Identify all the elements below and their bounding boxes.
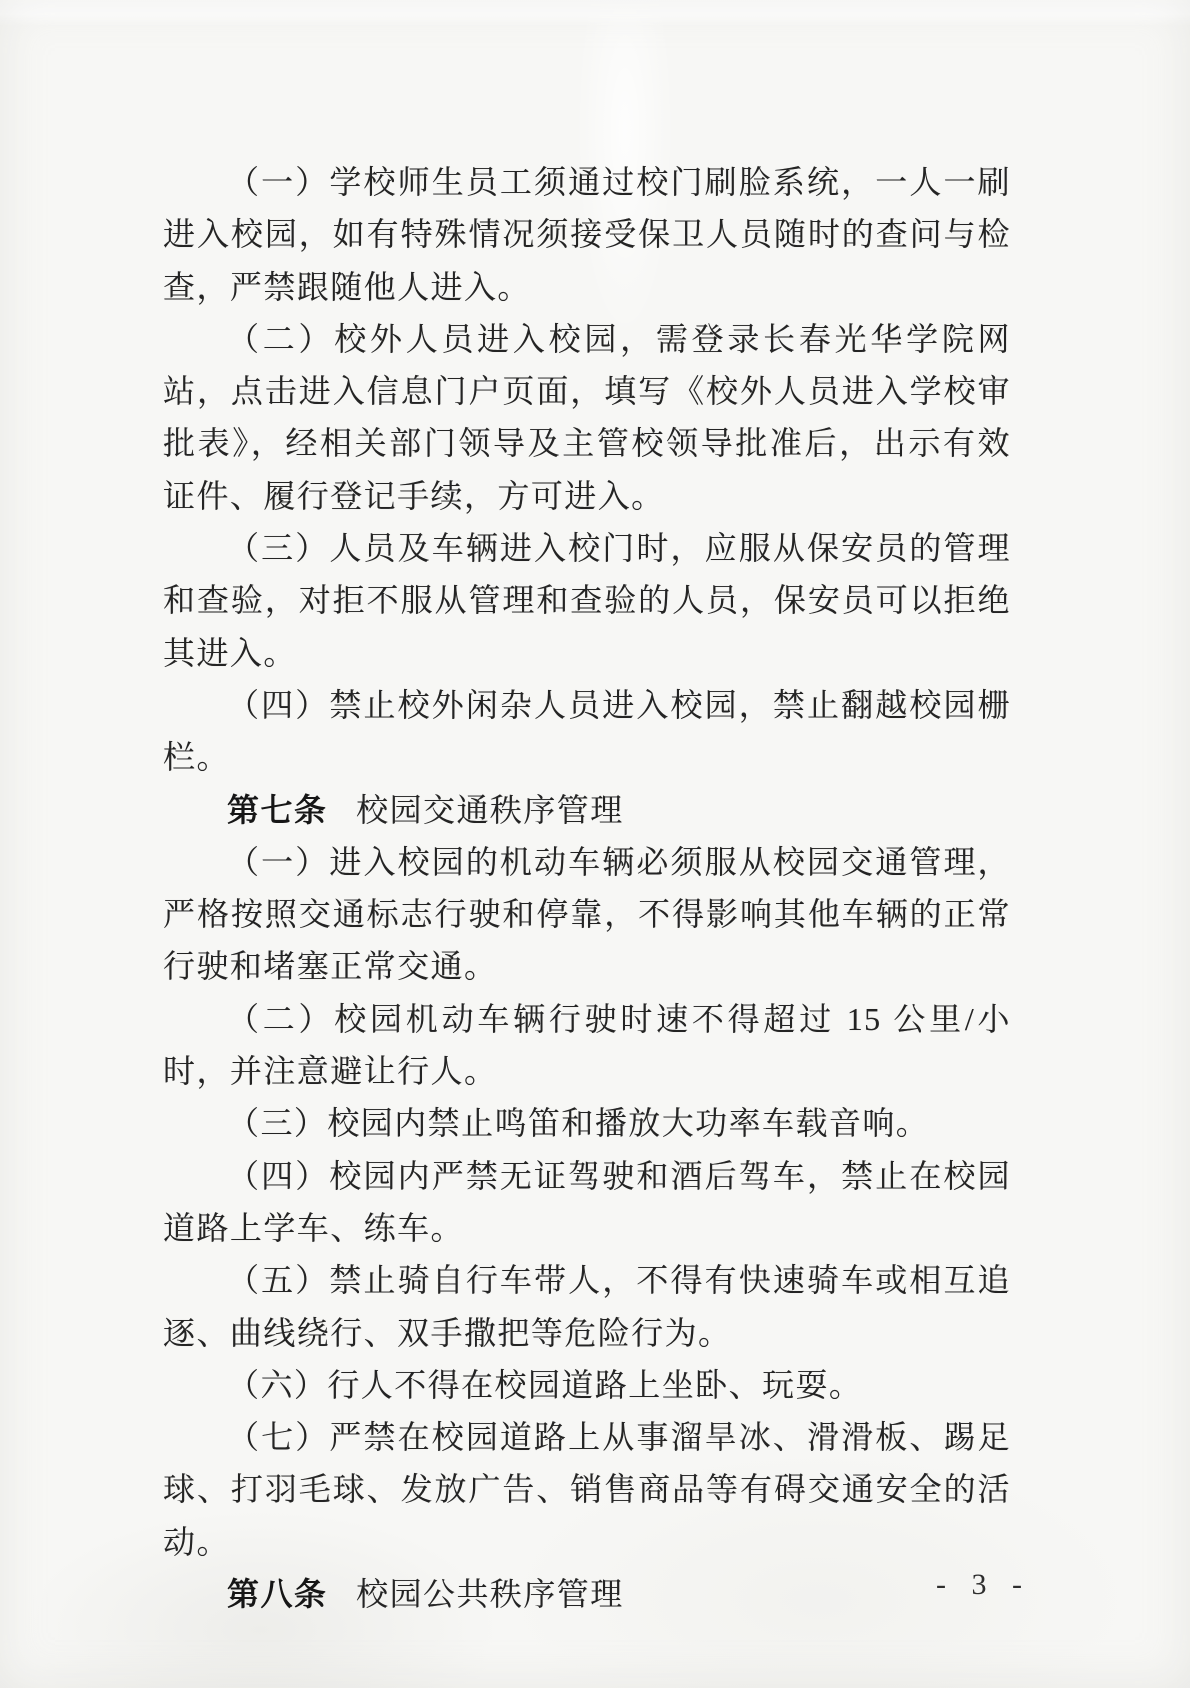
article-8-title: 校园公共秩序管理 bbox=[356, 1576, 624, 1612]
paragraph-traffic-2: （二）校园机动车辆行驶时速不得超过 15 公里/小时，并注意避让行人。 bbox=[163, 993, 1011, 1098]
paragraph-traffic-5: （五）禁止骑自行车带人，不得有快速骑车或相互追逐、曲线绕行、双手撒把等危险行为。 bbox=[163, 1254, 1011, 1359]
heading-article-7: 第七条校园交通秩序管理 bbox=[163, 784, 1011, 836]
paragraph-traffic-1: （一）进入校园的机动车辆必须服从校园交通管理，严格按照交通标志行驶和停靠，不得影… bbox=[163, 836, 1011, 993]
article-7-number: 第七条 bbox=[227, 792, 327, 828]
article-8-number: 第八条 bbox=[227, 1576, 327, 1612]
paragraph-gate-entry-3: （三）人员及车辆进入校门时，应服从保安员的管理和查验，对拒不服从管理和查验的人员… bbox=[163, 522, 1011, 679]
paragraph-traffic-6: （六）行人不得在校园道路上坐卧、玩耍。 bbox=[163, 1359, 1011, 1411]
document-page: （一）学校师生员工须通过校门刷脸系统，一人一刷进入校园，如有特殊情况须接受保卫人… bbox=[0, 0, 1190, 1688]
paragraph-traffic-7: （七）严禁在校园道路上从事溜旱冰、滑滑板、踢足球、打羽毛球、发放广告、销售商品等… bbox=[163, 1411, 1011, 1568]
paragraph-traffic-3: （三）校园内禁止鸣笛和播放大功率车载音响。 bbox=[163, 1097, 1011, 1149]
paragraph-gate-entry-4: （四）禁止校外闲杂人员进入校园，禁止翻越校园栅栏。 bbox=[163, 679, 1011, 784]
article-7-title: 校园交通秩序管理 bbox=[356, 792, 624, 828]
document-text-block: （一）学校师生员工须通过校门刷脸系统，一人一刷进入校园，如有特殊情况须接受保卫人… bbox=[163, 156, 1011, 1620]
paragraph-gate-entry-1: （一）学校师生员工须通过校门刷脸系统，一人一刷进入校园，如有特殊情况须接受保卫人… bbox=[163, 156, 1011, 313]
paragraph-traffic-4: （四）校园内严禁无证驾驶和酒后驾车，禁止在校园道路上学车、练车。 bbox=[163, 1150, 1011, 1255]
heading-article-8: 第八条校园公共秩序管理 bbox=[163, 1568, 1011, 1620]
paragraph-gate-entry-2: （二）校外人员进入校园，需登录长春光华学院网站，点击进入信息门户页面，填写《校外… bbox=[163, 313, 1011, 522]
page-number: - 3 - bbox=[936, 1568, 1031, 1602]
